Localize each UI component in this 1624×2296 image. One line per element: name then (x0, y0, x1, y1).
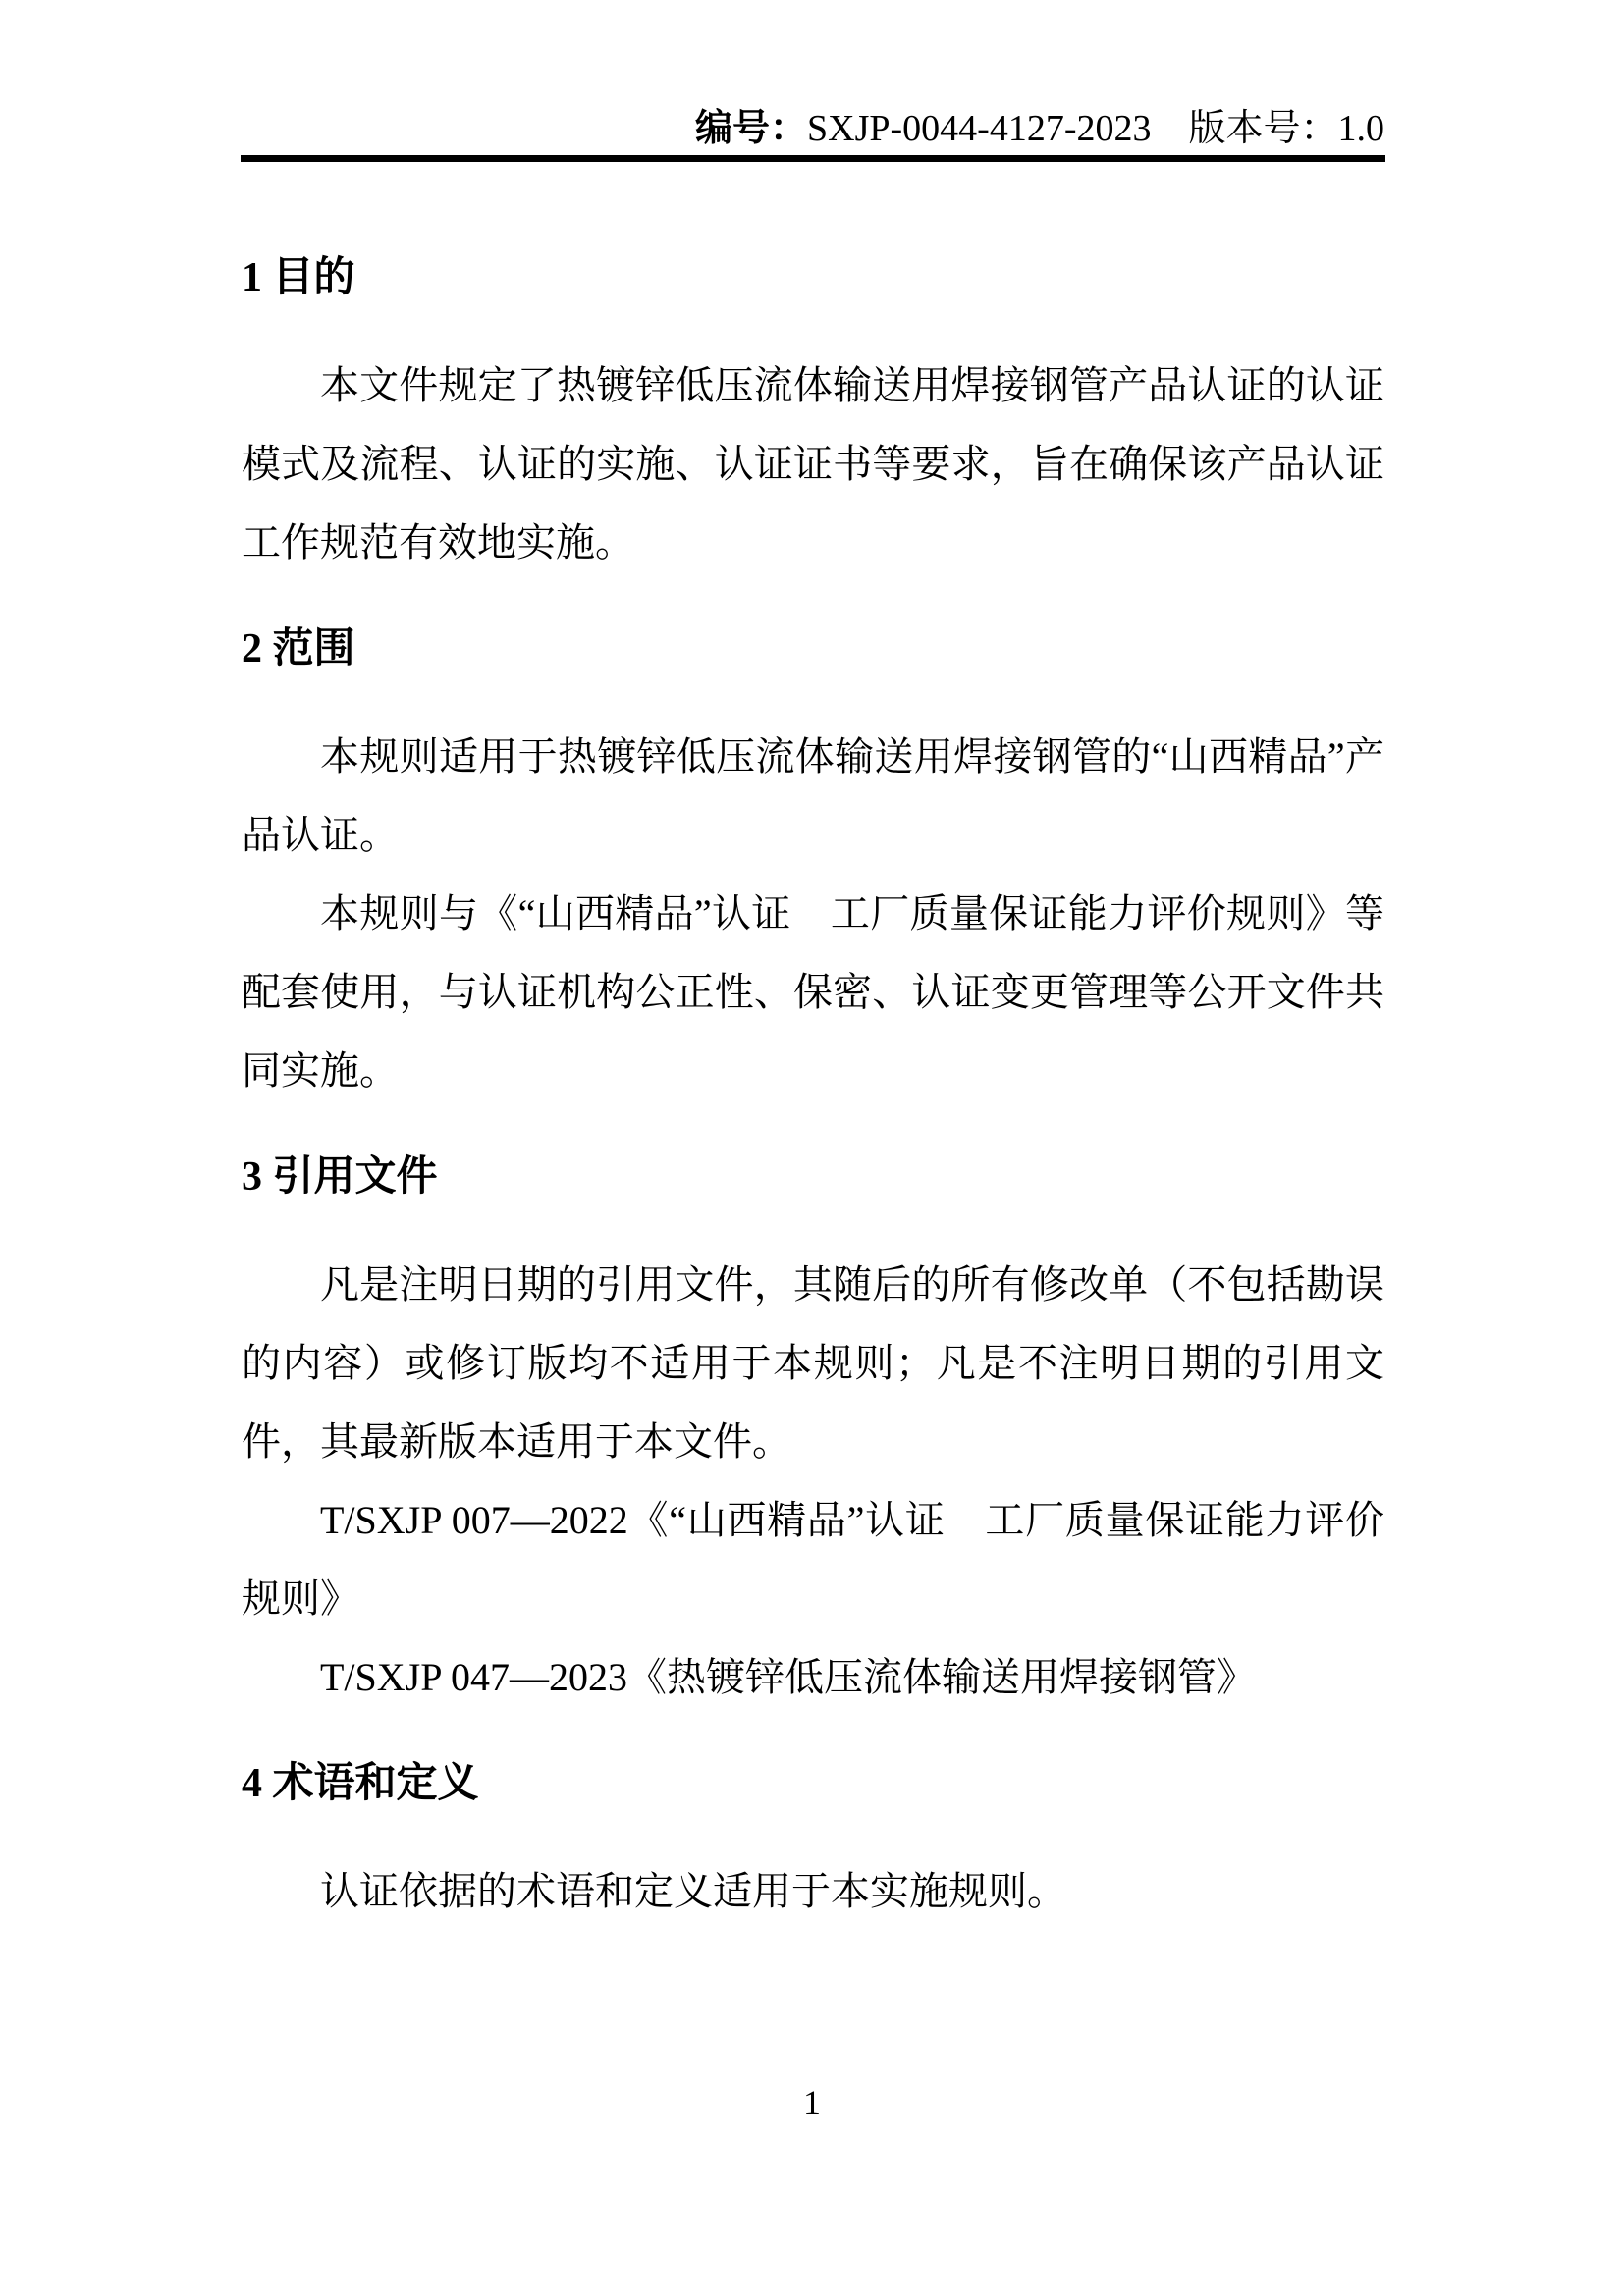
section-heading-purpose: 1 目的 (242, 239, 1384, 317)
page-header: 编号：SXJP-0044-4127-2023版本号：1.0 (242, 104, 1384, 153)
paragraph-scope-1: 本规则适用于热镀锌低压流体输送用焊接钢管的“山西精品”产品认证。 (242, 718, 1384, 875)
version-value: 1.0 (1338, 108, 1385, 149)
document-body: 1 目的 本文件规定了热镀锌低压流体输送用焊接钢管产品认证的认证模式及流程、认证… (242, 162, 1384, 1931)
document-page: 编号：SXJP-0044-4127-2023版本号：1.0 1 目的 本文件规定… (0, 0, 1624, 2296)
paragraph-purpose: 本文件规定了热镀锌低压流体输送用焊接钢管产品认证的认证模式及流程、认证的实施、认… (242, 347, 1384, 582)
page-number: 1 (0, 2073, 1624, 2132)
doc-number-label: 编号： (695, 108, 807, 149)
header-divider-rule (241, 155, 1385, 162)
section-heading-scope: 2 范围 (242, 610, 1384, 688)
section-heading-terms: 4 术语和定义 (242, 1744, 1384, 1823)
section-heading-references: 3 引用文件 (242, 1138, 1384, 1216)
paragraph-references-3: T/SXJP 047—2023《热镀锌低压流体输送用焊接钢管》 (242, 1638, 1384, 1717)
paragraph-terms: 认证依据的术语和定义适用于本实施规则。 (242, 1852, 1384, 1931)
paragraph-references-2: T/SXJP 007—2022《“山西精品”认证 工厂质量保证能力评价规则》 (242, 1481, 1384, 1638)
version-label: 版本号： (1188, 108, 1337, 149)
doc-number-value: SXJP-0044-4127-2023 (807, 108, 1151, 149)
paragraph-references-1: 凡是注明日期的引用文件，其随后的所有修改单（不包括勘误的内容）或修订版均不适用于… (242, 1246, 1384, 1481)
paragraph-scope-2: 本规则与《“山西精品”认证 工厂质量保证能力评价规则》等配套使用，与认证机构公正… (242, 875, 1384, 1110)
